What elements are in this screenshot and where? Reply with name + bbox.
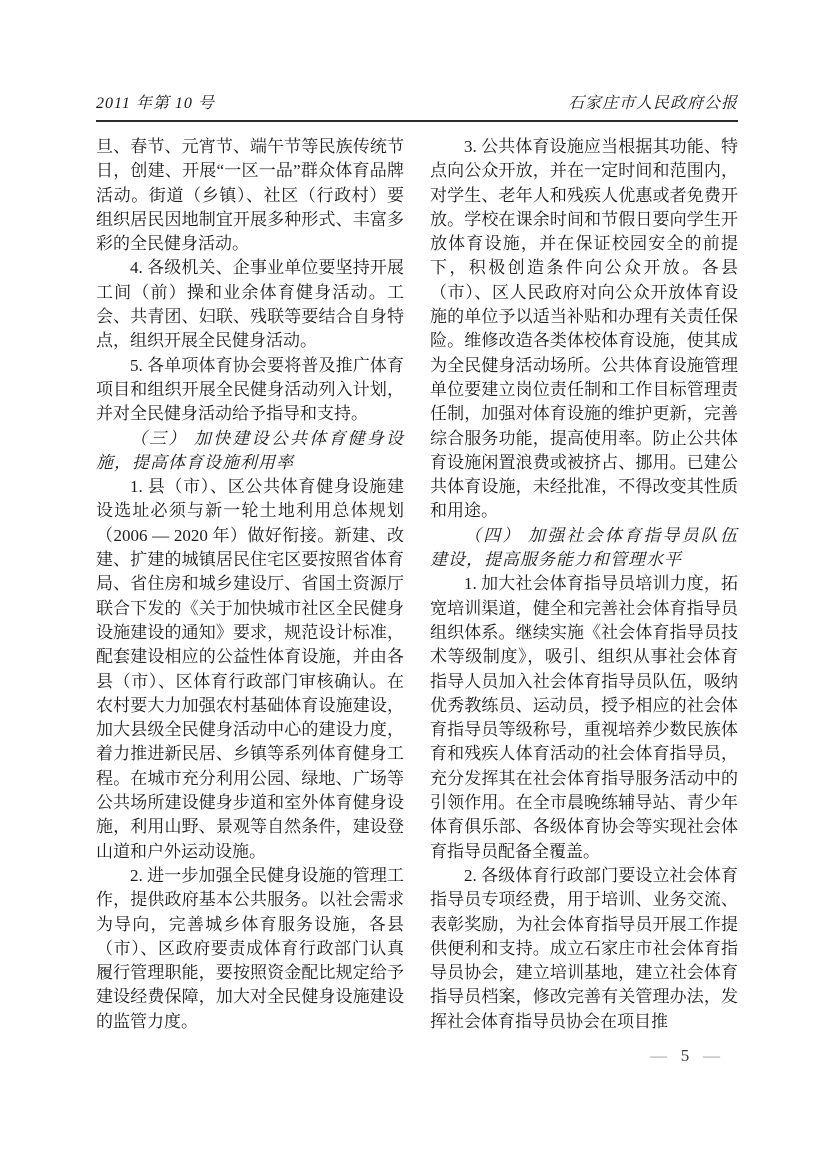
- page-number: — 5 —: [650, 1046, 720, 1066]
- paragraph: 4. 各级机关、企事业单位要坚持开展工间（前）操和业余体育健身活动。工会、共青团…: [96, 256, 404, 353]
- page-content: 2011 年第 10 号 石家庄市人民政府公报 旦、春节、元宵节、端午节等民族传…: [0, 0, 826, 1034]
- paragraph: 1. 加大社会体育指导员培训力度，拓宽培训渠道，健全和完善社会体育指导员组织体系…: [430, 572, 738, 864]
- paragraph: 1. 县（市）、区公共体育健身设施建设选址必须与新一轮土地利用总体规划（2006…: [96, 475, 404, 864]
- page-number-dash-left: —: [650, 1046, 667, 1066]
- paragraph: 2. 进一步加强全民健身设施的管理工作，提供政府基本公共服务。以社会需求为导向，…: [96, 864, 404, 1034]
- document-page: 2011 年第 10 号 石家庄市人民政府公报 旦、春节、元宵节、端午节等民族传…: [0, 0, 826, 1169]
- section-heading: （四） 加强社会体育指导员队伍建设，提高服务能力和管理水平: [430, 524, 738, 573]
- paragraph: 3. 公共体育设施应当根据其功能、特点向公众开放，并在一定时间和范围内，对学生、…: [430, 135, 738, 524]
- paragraph: 5. 各单项体育协会要将普及推广体育项目和组织开展全民健身活动列入计划，并对全民…: [96, 354, 404, 427]
- right-column: 3. 公共体育设施应当根据其功能、特点向公众开放，并在一定时间和范围内，对学生、…: [430, 135, 738, 1034]
- page-header: 2011 年第 10 号 石家庄市人民政府公报: [96, 90, 738, 122]
- two-column-body: 旦、春节、元宵节、端午节等民族传统节日，创建、开展“一区一品”群众体育品牌活动。…: [96, 135, 738, 1034]
- issue-number: 2011 年第 10 号: [96, 90, 215, 113]
- section-heading: （三） 加快建设公共体育健身设施，提高体育设施利用率: [96, 427, 404, 476]
- paragraph: 2. 各级体育行政部门要设立社会体育指导员专项经费，用于培训、业务交流、表彰奖励…: [430, 864, 738, 1034]
- paragraph: 旦、春节、元宵节、端午节等民族传统节日，创建、开展“一区一品”群众体育品牌活动。…: [96, 135, 404, 256]
- page-number-value: 5: [681, 1046, 690, 1066]
- page-number-dash-right: —: [703, 1046, 720, 1066]
- left-column: 旦、春节、元宵节、端午节等民族传统节日，创建、开展“一区一品”群众体育品牌活动。…: [96, 135, 404, 1034]
- gazette-title: 石家庄市人民政府公报: [568, 90, 738, 113]
